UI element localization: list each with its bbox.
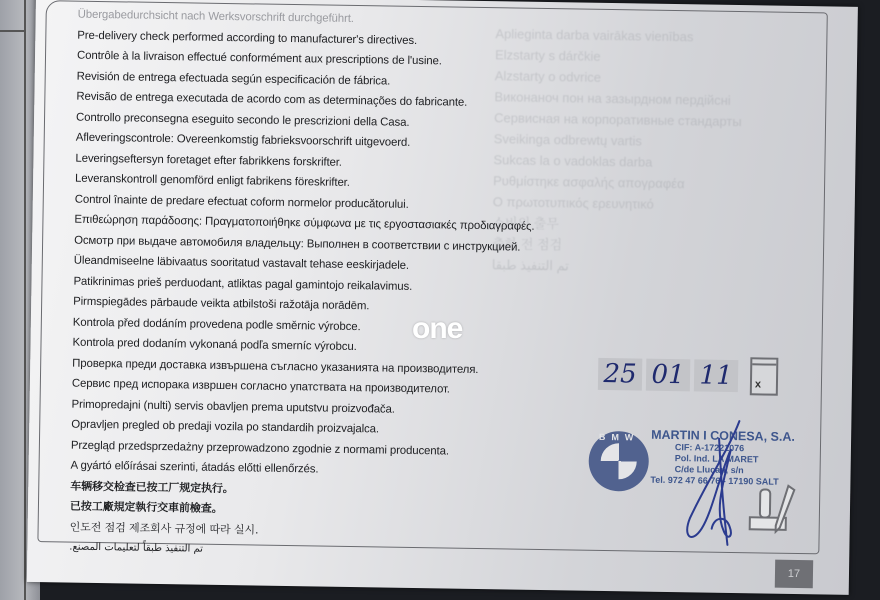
booklet-page: Aplieginta darba vairākas vienības Elzst…: [27, 0, 858, 595]
bmw-logo-icon: BMW: [588, 431, 649, 492]
adjacent-page-frame: [0, 0, 26, 600]
pre-delivery-statements: Übergabedurchsicht nach Werksvorschrift …: [69, 5, 638, 567]
bmw-roundel: [600, 443, 637, 480]
adjacent-page-rule: [0, 30, 26, 32]
bmw-logo-text: BMW: [589, 432, 649, 443]
delivery-date: 25 01 11 x: [598, 355, 779, 396]
watermark-logo: one: [412, 312, 462, 346]
dealer-stamp: BMW MARTIN I CONESA, S.A. CIF: A-1722107…: [587, 421, 809, 544]
page-number: 17: [775, 560, 813, 589]
stamp-and-pen-icon: [748, 479, 797, 536]
date-month: 01: [646, 359, 690, 392]
date-day: 25: [598, 358, 642, 391]
date-year: 11: [694, 359, 738, 392]
calendar-icon: x: [750, 357, 779, 395]
calendar-mark: x: [755, 378, 761, 390]
